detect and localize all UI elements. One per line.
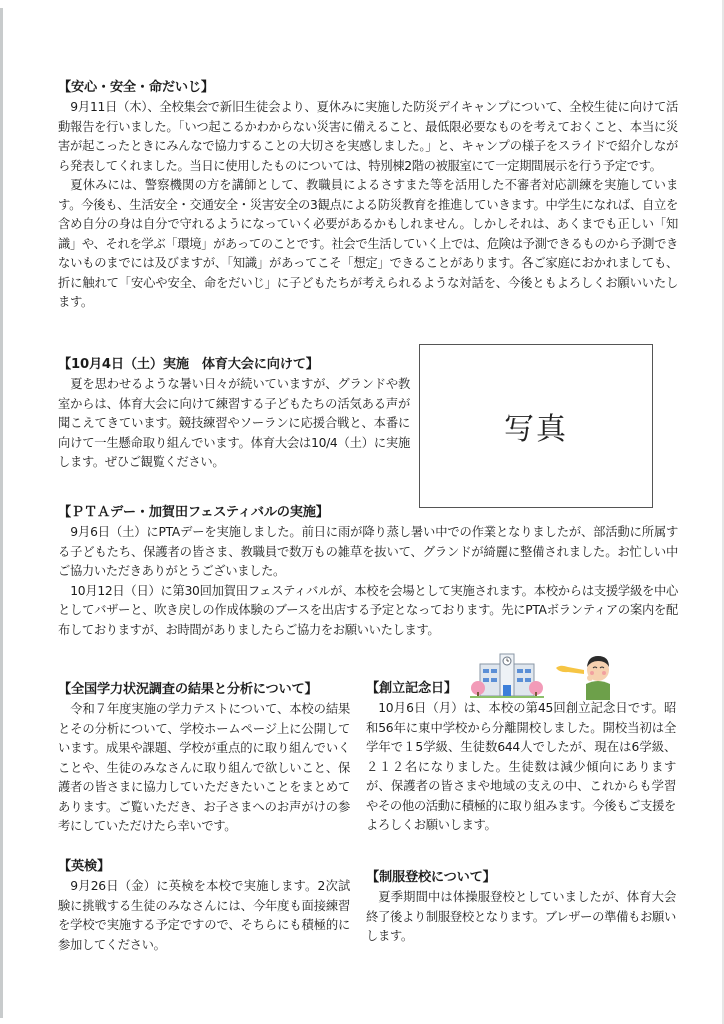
section-body: 9月26日（金）に英検を本校で実施します。2次試験に挑戦する生徒のみなさんには、…: [58, 877, 350, 955]
paragraph: 夏季期間中は体操服登校としていましたが、体育大会終了後より制服登校となります。ブ…: [366, 888, 676, 947]
photo-placeholder: 写真: [419, 344, 653, 508]
section-body: 令和７年度実施の学力テストについて、本校の結果とその分析について、学校ホームペー…: [58, 700, 350, 837]
section-body: 9月11日（木）、全校集会で新旧生徒会より、夏休みに実施した防災デイキャンプにつ…: [58, 98, 678, 313]
paragraph: 夏を思わせるような暑い日々が続いていますが、グランドや教室からは、体育大会に向け…: [58, 375, 410, 473]
section-heading: 【制服登校について】: [366, 868, 676, 888]
section-founding-day: 【創立記念日】 10月6日（月）は、本校の第45回創立記念日です。昭和56年に東…: [366, 679, 676, 836]
section-uniform: 【制服登校について】 夏季期間中は体操服登校としていましたが、体育大会終了後より…: [366, 868, 676, 947]
section-eiken: 【英検】 9月26日（金）に英検を本校で実施します。2次試験に挑戦する生徒のみな…: [58, 857, 350, 955]
section-body: 夏季期間中は体操服登校としていましたが、体育大会終了後より制服登校となります。ブ…: [366, 888, 676, 947]
photo-label: 写真: [504, 404, 568, 448]
scan-edge: [0, 8, 3, 1018]
section-pta-festival: 【ＰＴＡデー・加賀田フェスティバルの実施】 9月6日（土）にPTAデーを実施しま…: [58, 503, 678, 640]
boy-blowing-party-horn-illustration: [554, 648, 616, 700]
paragraph: 10月12日（日）に第30回加賀田フェスティバルが、本校を会場として実施されます…: [58, 582, 678, 641]
section-heading: 【英検】: [58, 857, 350, 877]
section-body: 9月6日（土）にPTAデーを実施しました。前日に雨が降り蒸し暑い中での作業となり…: [58, 523, 678, 640]
section-heading: 【10月4日（土）実施 体育大会に向けて】: [58, 355, 410, 375]
paragraph: 9月26日（金）に英検を本校で実施します。2次試験に挑戦する生徒のみなさんには、…: [58, 877, 350, 955]
paragraph: 9月6日（土）にPTAデーを実施しました。前日に雨が降り蒸し暑い中での作業となり…: [58, 523, 678, 582]
paragraph: 夏休みには、警察機関の方を講師として、教職員によるさすまた等を活用した不審者対応…: [58, 176, 678, 313]
section-academic-survey: 【全国学力状況調査の結果と分析について】 令和７年度実施の学力テストについて、本…: [58, 680, 350, 837]
section-safety: 【安心・安全・命だいじ】 9月11日（木）、全校集会で新旧生徒会より、夏休みに実…: [58, 78, 678, 313]
paragraph: 9月11日（木）、全校集会で新旧生徒会より、夏休みに実施した防災デイキャンプにつ…: [58, 98, 678, 176]
section-body: 夏を思わせるような暑い日々が続いていますが、グランドや教室からは、体育大会に向け…: [58, 375, 410, 473]
section-sports-day: 【10月4日（土）実施 体育大会に向けて】 夏を思わせるような暑い日々が続いてい…: [58, 355, 410, 473]
section-heading: 【安心・安全・命だいじ】: [58, 78, 678, 98]
section-heading: 【全国学力状況調査の結果と分析について】: [58, 680, 350, 700]
paragraph: 10月6日（月）は、本校の第45回創立記念日です。昭和56年に東中学校から分離開…: [366, 699, 676, 836]
section-body: 10月6日（月）は、本校の第45回創立記念日です。昭和56年に東中学校から分離開…: [366, 699, 676, 836]
paragraph: 令和７年度実施の学力テストについて、本校の結果とその分析について、学校ホームペー…: [58, 700, 350, 837]
school-building-illustration: [470, 652, 544, 698]
section-heading: 【ＰＴＡデー・加賀田フェスティバルの実施】: [58, 503, 678, 523]
